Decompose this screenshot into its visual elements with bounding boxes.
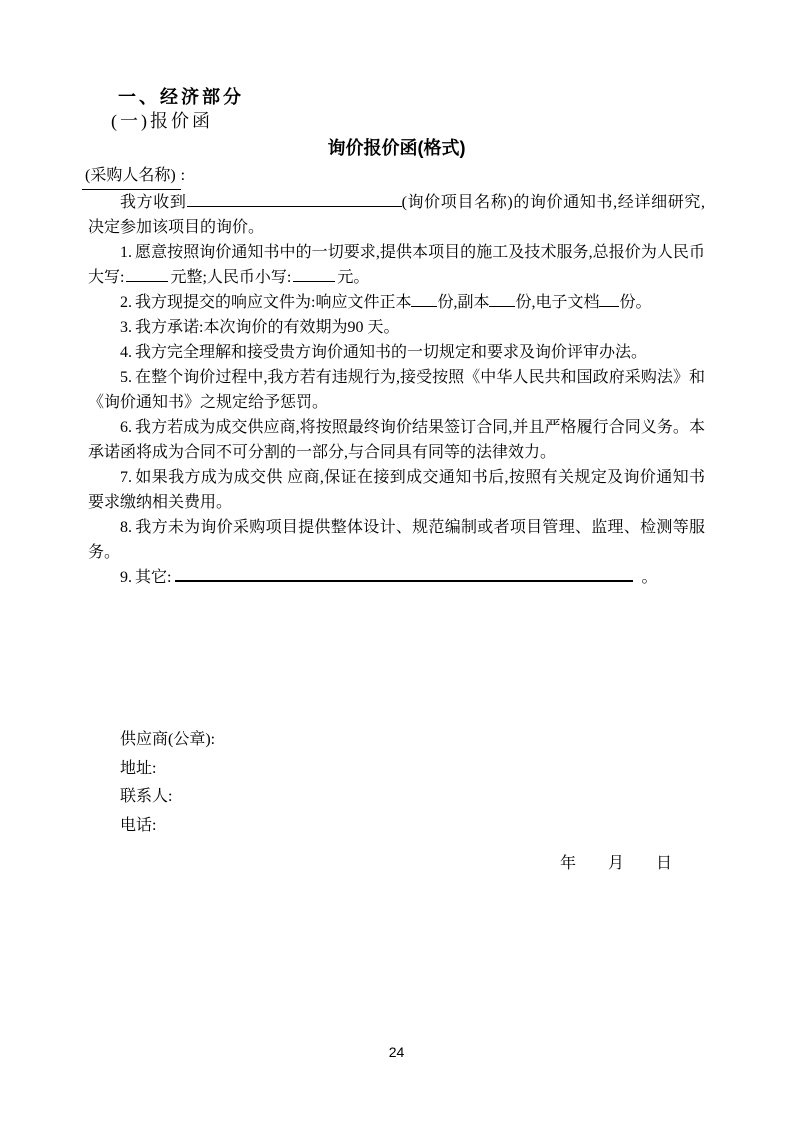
item-9-period: 。 — [641, 569, 657, 586]
purchaser-line: (采购人名称): — [88, 163, 705, 190]
item-5: 5.在整个询价过程中,我方若有违规行为,接受按照《中华人民共和国政府采购法》和《… — [88, 365, 705, 415]
item-2-text-b: 份,副本 — [437, 294, 489, 311]
supplier-seal-line: 供应商(公章): — [88, 726, 705, 755]
item-2-number: 2. — [120, 294, 132, 311]
document-page: 一、经济部分 (一)报价函 询价报价函(格式) (采购人名称): 我方收到(询价… — [0, 0, 793, 1122]
item-3-text: 我方承诺:本次询价的有效期为90 天。 — [135, 319, 399, 336]
item-4: 4.我方完全理解和接受贵方询价通知书的一切规定和要求及询价评审办法。 — [88, 340, 705, 365]
item-9-number: 9. — [120, 569, 132, 586]
item-7-text: 如果我方成为成交供 应商,保证在接到成交通知书后,按照有关规定及询价通知书要求缴… — [88, 469, 705, 511]
section-heading: 一、经济部分 — [118, 85, 705, 109]
item-2-text-c: 份,电子文档 — [515, 294, 599, 311]
item-4-text: 我方完全理解和接受贵方询价通知书的一切规定和要求及询价评审办法。 — [135, 344, 647, 361]
item-2-text-a: 我方现提交的响应文件为:响应文件正本 — [135, 294, 411, 311]
item-5-text: 在整个询价过程中,我方若有违规行为,接受按照《中华人民共和国政府采购法》和《询价… — [88, 369, 705, 411]
signature-block: 供应商(公章): 地址: 联系人: 电话: 年 月 日 — [88, 726, 705, 879]
project-name-blank — [187, 193, 402, 207]
duplicate-copies-blank — [489, 293, 515, 307]
item-1-text-b: 元整;人民币小写: — [170, 269, 291, 286]
amount-in-words-blank — [126, 268, 168, 282]
item-6: 6.我方若成为成交供应商,将按照最终询价结果签订合同,并且严格履行合同义务。本承… — [88, 415, 705, 465]
item-7: 7.如果我方成为成交供 应商,保证在接到成交通知书后,按照有关规定及询价通知书要… — [88, 465, 705, 515]
item-1-number: 1. — [120, 244, 132, 261]
other-terms-blank — [175, 568, 633, 582]
item-9: 9.其它:。 — [88, 565, 705, 590]
item-6-number: 6. — [120, 419, 132, 436]
intro-paragraph: 我方收到(询价项目名称)的询价通知书,经详细研究,决定参加该项目的询价。 — [88, 190, 705, 240]
contact-person-line: 联系人: — [88, 783, 705, 812]
address-line: 地址: — [88, 755, 705, 784]
document-title: 询价报价函(格式) — [88, 135, 705, 161]
item-6-text: 我方若成为成交供应商,将按照最终询价结果签订合同,并且严格履行合同义务。本承诺函… — [88, 419, 705, 461]
amount-in-figures-blank — [293, 268, 335, 282]
electronic-copies-blank — [599, 293, 619, 307]
item-9-text: 其它: — [135, 569, 171, 586]
purchaser-colon: : — [181, 167, 185, 184]
date-line: 年 月 日 — [88, 850, 705, 879]
purchaser-name-blank: (采购人名称) — [82, 163, 181, 190]
item-5-number: 5. — [120, 369, 132, 386]
item-8-number: 8. — [120, 519, 132, 536]
item-8-text: 我方未为询价采购项目提供整体设计、规范编制或者项目管理、监理、检测等服务。 — [88, 519, 705, 561]
page-number: 24 — [0, 1044, 793, 1060]
phone-line: 电话: — [88, 812, 705, 841]
intro-prefix: 我方收到 — [120, 194, 187, 211]
item-7-number: 7. — [120, 469, 132, 486]
original-copies-blank — [411, 293, 437, 307]
sub-heading: (一)报价函 — [111, 109, 705, 133]
document-content: 一、经济部分 (一)报价函 询价报价函(格式) (采购人名称): 我方收到(询价… — [0, 0, 793, 879]
item-2-text-d: 份。 — [619, 294, 651, 311]
blank-gap — [88, 590, 705, 726]
item-3-number: 3. — [120, 319, 132, 336]
item-4-number: 4. — [120, 344, 132, 361]
item-3: 3.我方承诺:本次询价的有效期为90 天。 — [88, 315, 705, 340]
item-1: 1.愿意按照询价通知书中的一切要求,提供本项目的施工及技术服务,总报价为人民币大… — [88, 240, 705, 290]
item-2: 2.我方现提交的响应文件为:响应文件正本份,副本份,电子文档份。 — [88, 290, 705, 315]
item-1-text-c: 元。 — [337, 269, 369, 286]
item-8: 8.我方未为询价采购项目提供整体设计、规范编制或者项目管理、监理、检测等服务。 — [88, 515, 705, 565]
